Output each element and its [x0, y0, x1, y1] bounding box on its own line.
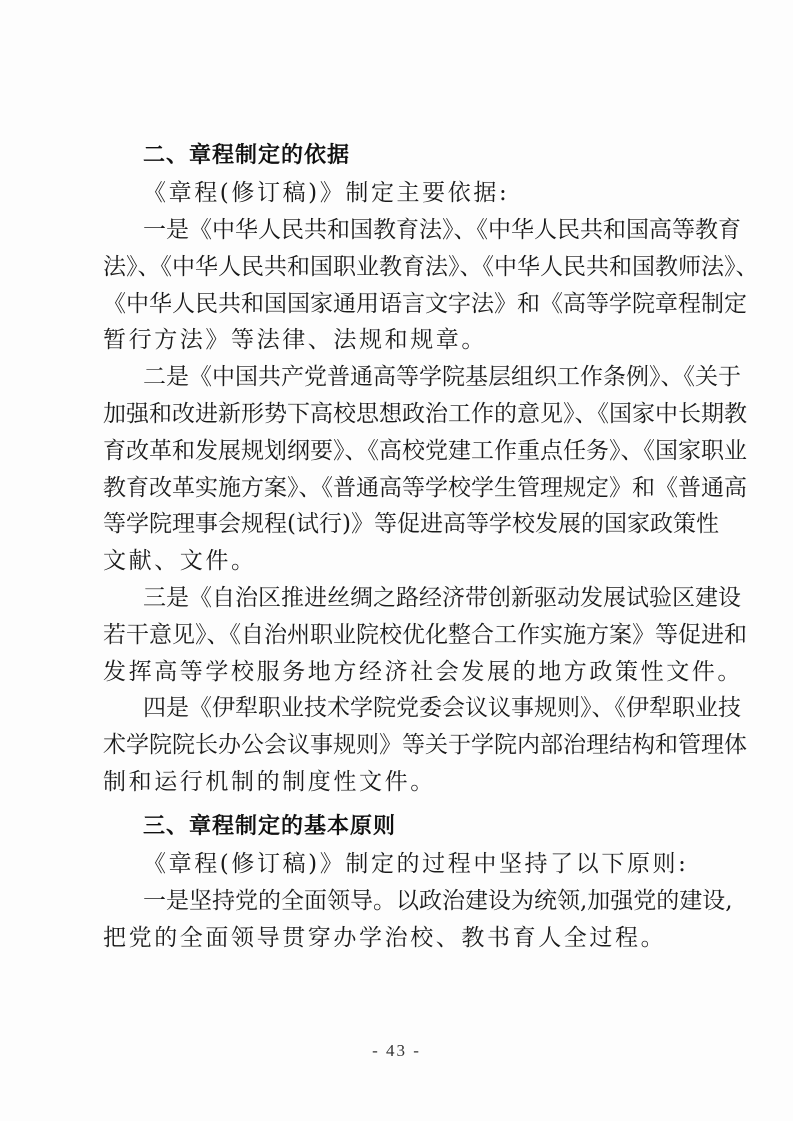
- paragraph-line: 《中华人民共和国国家通用语言文字法》和《高等学院章程制定: [103, 289, 693, 319]
- section-intro: 《章程(修订稿)》制定主要依据:: [143, 178, 693, 208]
- paragraph-line: 把党的全面领导贯穿办学治校、教书育人全过程。: [103, 923, 693, 953]
- paragraph-line: 术学院院长办公会议事规则》等关于学院内部治理结构和管理体: [103, 730, 693, 760]
- section-heading: 二、章程制定的依据: [143, 141, 733, 171]
- paragraph-line: 三是《自治区推进丝绸之路经济带创新驱动发展试验区建设: [143, 583, 693, 613]
- paragraph-line: 制和运行机制的制度性文件。: [103, 767, 693, 797]
- paragraph-line: 加强和改进新形势下高校思想政治工作的意见》、《国家中长期教: [103, 399, 693, 429]
- paragraph-line: 法》、《中华人民共和国职业教育法》、《中华人民共和国教师法》、: [103, 252, 693, 282]
- document-page: 二、章程制定的依据 《章程(修订稿)》制定主要依据: 一是《中华人民共和国教育法…: [0, 0, 793, 1121]
- paragraph-line: 一是坚持党的全面领导。以政治建设为统领,加强党的建设,: [143, 886, 693, 916]
- paragraph-line: 育改革和发展规划纲要》、《高校党建工作重点任务》、《国家职业: [103, 436, 693, 466]
- page-number: - 43 -: [0, 1041, 793, 1061]
- section-intro: 《章程(修订稿)》制定的过程中坚持了以下原则:: [143, 849, 693, 879]
- paragraph-line: 二是《中国共产党普通高等学院基层组织工作条例》、《关于: [143, 362, 693, 392]
- paragraph-line: 暂行方法》等法律、法规和规章。: [103, 325, 693, 355]
- paragraph-line: 等学院理事会规程(试行)》等促进高等学校发展的国家政策性: [103, 509, 693, 539]
- paragraph-line: 一是《中华人民共和国教育法》、《中华人民共和国高等教育: [143, 215, 693, 245]
- paragraph-line: 教育改革实施方案》、《普通高等学校学生管理规定》和《普通高: [103, 473, 693, 503]
- paragraph-line: 文献、文件。: [103, 546, 693, 576]
- paragraph-line: 若干意见》、《自治州职业院校优化整合工作实施方案》等促进和: [103, 620, 693, 650]
- paragraph-line: 发挥高等学校服务地方经济社会发展的地方政策性文件。: [103, 657, 693, 687]
- section-heading: 三、章程制定的基本原则: [143, 812, 733, 842]
- paragraph-line: 四是《伊犁职业技术学院党委会议议事规则》、《伊犁职业技: [143, 693, 693, 723]
